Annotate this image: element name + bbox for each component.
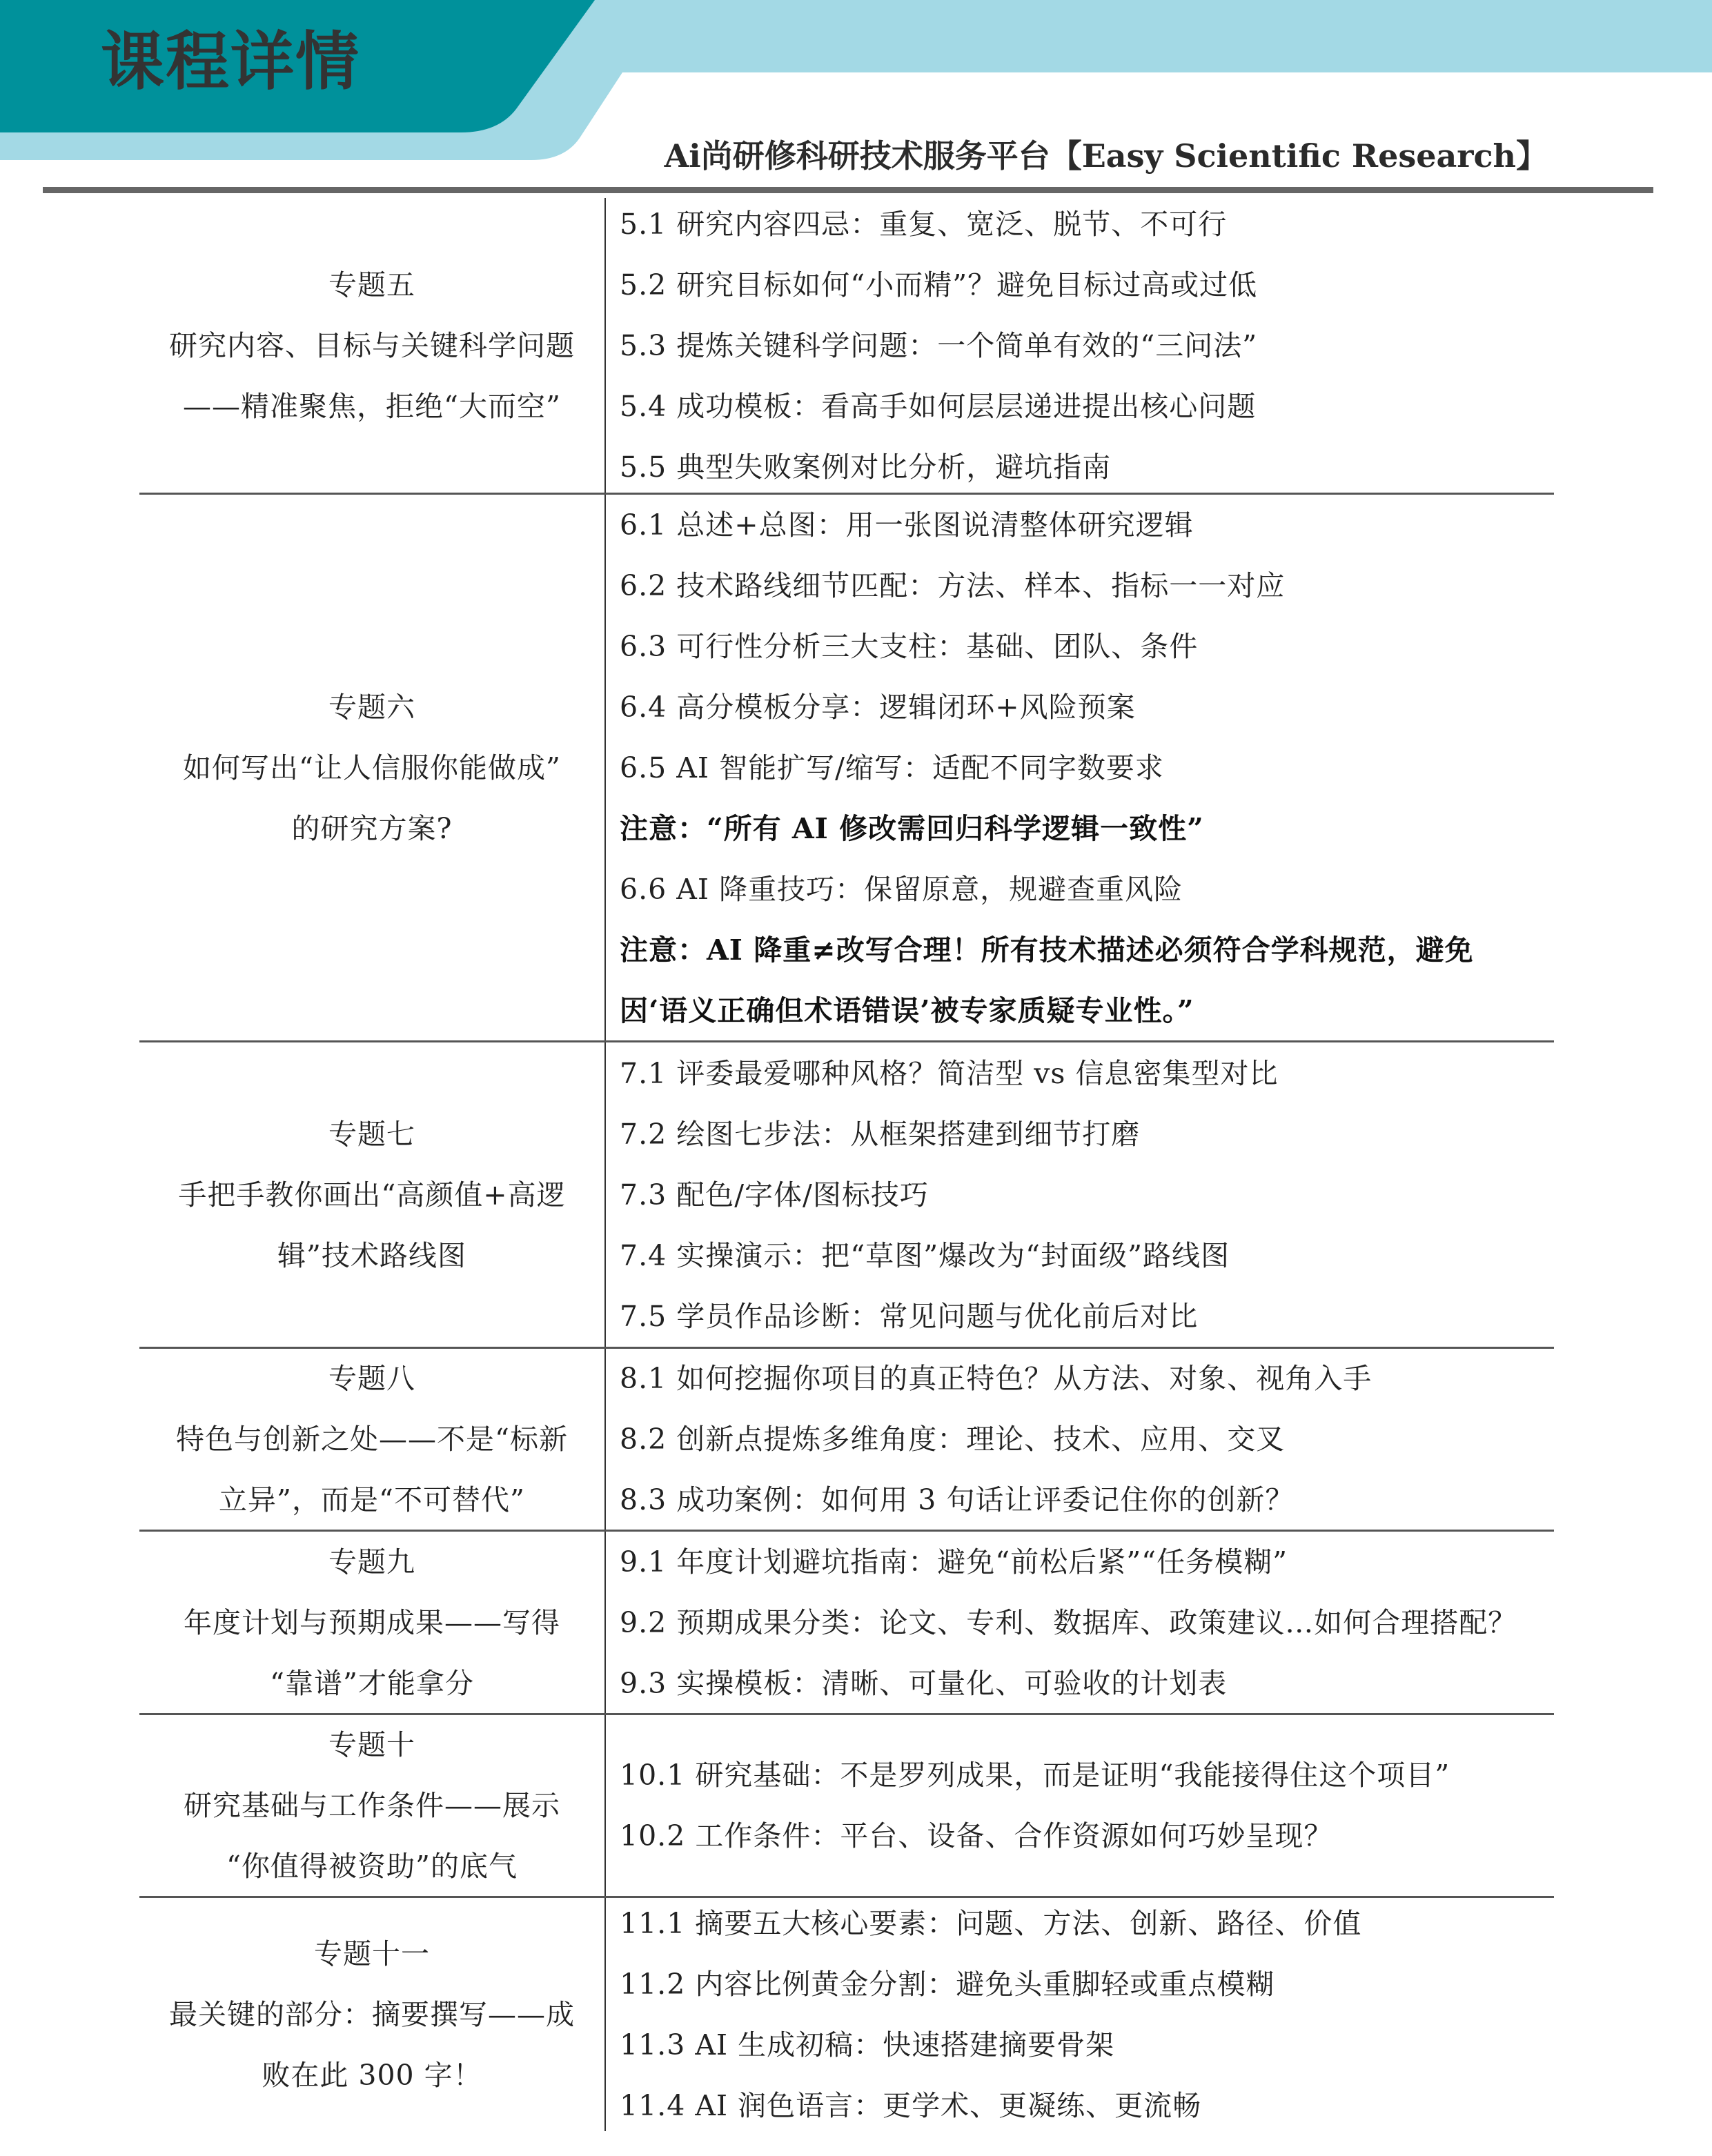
- list-item: 6.2 技术路线细节匹配：方法、样本、指标一一对应: [620, 555, 1554, 616]
- list-item: 6.5 AI 智能扩写/缩写：适配不同字数要求: [620, 738, 1554, 798]
- list-item: 5.4 成功模板：看高手如何层层递进提出核心问题: [620, 376, 1554, 437]
- topic-name: 专题五: [328, 255, 415, 315]
- list-item: 7.5 学员作品诊断：常见问题与优化前后对比: [620, 1286, 1554, 1347]
- list-item: 10.1 研究基础：不是罗列成果，而是证明“我能接得住这个项目”: [620, 1745, 1554, 1806]
- list-item: 8.2 创新点提炼多维角度：理论、技术、应用、交叉: [620, 1409, 1554, 1470]
- list-item: 5.2 研究目标如何“小而精”？避免目标过高或过低: [620, 255, 1554, 315]
- topic-row-7: 专题七 手把手教你画出“高颜值+高逻 辑”技术路线图 7.1 评委最爱哪种风格？…: [139, 1042, 1554, 1349]
- list-item: 9.1 年度计划避坑指南：避免“前松后紧”“任务模糊”: [620, 1532, 1554, 1592]
- topic-row-10: 专题十 研究基础与工作条件——展示 “你值得被资助”的底气 10.1 研究基础：…: [139, 1715, 1554, 1898]
- topic-title-cell: 专题七 手把手教你画出“高颜值+高逻 辑”技术路线图: [139, 1042, 606, 1347]
- topic-row-8: 专题八 特色与创新之处——不是“标新 立异”，而是“不可替代” 8.1 如何挖掘…: [139, 1349, 1554, 1532]
- topic-title-cell: 专题五 研究内容、目标与关键科学问题 ——精准聚焦，拒绝“大而空”: [139, 198, 606, 493]
- topic-subtitle: 年度计划与预期成果——写得: [184, 1592, 560, 1653]
- topic-items-cell: 10.1 研究基础：不是罗列成果，而是证明“我能接得住这个项目” 10.2 工作…: [606, 1715, 1554, 1896]
- topic-items-cell: 5.1 研究内容四忌：重复、宽泛、脱节、不可行 5.2 研究目标如何“小而精”？…: [606, 198, 1554, 493]
- list-item: 11.3 AI 生成初稿：快速搭建摘要骨架: [620, 2015, 1554, 2075]
- topic-row-9: 专题九 年度计划与预期成果——写得 “靠谱”才能拿分 9.1 年度计划避坑指南：…: [139, 1532, 1554, 1715]
- topic-subtitle: 的研究方案?: [292, 798, 453, 859]
- list-item: 10.2 工作条件：平台、设备、合作资源如何巧妙呈现？: [620, 1806, 1554, 1866]
- topic-row-11: 专题十一 最关键的部分：摘要撰写——成 败在此 300 字！ 11.1 摘要五大…: [139, 1898, 1554, 2131]
- topic-subtitle: 研究基础与工作条件——展示: [184, 1775, 560, 1836]
- list-item: 11.2 内容比例黄金分割：避免头重脚轻或重点模糊: [620, 1954, 1554, 2015]
- topic-subtitle: 如何写出“让人信服你能做成”: [183, 738, 561, 798]
- list-item: 6.6 AI 降重技巧：保留原意，规避查重风险: [620, 859, 1554, 920]
- list-item: 6.4 高分模板分享：逻辑闭环+风险预案: [620, 677, 1554, 738]
- list-item: 9.3 实操模板：清晰、可量化、可验收的计划表: [620, 1653, 1554, 1714]
- list-item: 11.1 摘要五大核心要素：问题、方法、创新、路径、价值: [620, 1893, 1554, 1954]
- topic-name: 专题六: [328, 677, 415, 738]
- topic-items-cell: 6.1 总述+总图：用一张图说清整体研究逻辑 6.2 技术路线细节匹配：方法、样…: [606, 495, 1554, 1040]
- topic-items-cell: 7.1 评委最爱哪种风格？简洁型 vs 信息密集型对比 7.2 绘图七步法：从框…: [606, 1042, 1554, 1347]
- topic-name: 专题八: [328, 1348, 415, 1409]
- list-item: 7.4 实操演示：把“草图”爆改为“封面级”路线图: [620, 1225, 1554, 1286]
- topic-subtitle: 最关键的部分：摘要撰写——成: [169, 1984, 575, 2045]
- list-item: 8.1 如何挖掘你项目的真正特色？从方法、对象、视角入手: [620, 1348, 1554, 1409]
- topic-subtitle: “你值得被资助”的底气: [226, 1836, 518, 1897]
- topic-row-6: 专题六 如何写出“让人信服你能做成” 的研究方案? 6.1 总述+总图：用一张图…: [139, 495, 1554, 1042]
- topic-title-cell: 专题十 研究基础与工作条件——展示 “你值得被资助”的底气: [139, 1715, 606, 1896]
- topic-subtitle: 辑”技术路线图: [277, 1225, 466, 1286]
- topic-name: 专题十一: [314, 1923, 430, 1984]
- topic-title-cell: 专题八 特色与创新之处——不是“标新 立异”，而是“不可替代”: [139, 1349, 606, 1530]
- topic-items-cell: 8.1 如何挖掘你项目的真正特色？从方法、对象、视角入手 8.2 创新点提炼多维…: [606, 1349, 1554, 1530]
- list-item: 7.2 绘图七步法：从框架搭建到细节打磨: [620, 1104, 1554, 1165]
- topic-items-cell: 11.1 摘要五大核心要素：问题、方法、创新、路径、价值 11.2 内容比例黄金…: [606, 1898, 1554, 2131]
- topic-row-5: 专题五 研究内容、目标与关键科学问题 ——精准聚焦，拒绝“大而空” 5.1 研究…: [139, 198, 1554, 495]
- page-title: 课程详情: [101, 21, 360, 103]
- note-text: 因‘语义正确但术语错误’被专家质疑专业性。”: [620, 980, 1554, 1041]
- list-item: 5.3 提炼关键科学问题：一个简单有效的“三问法”: [620, 315, 1554, 376]
- list-item: 6.1 总述+总图：用一张图说清整体研究逻辑: [620, 495, 1554, 555]
- topic-items-cell: 9.1 年度计划避坑指南：避免“前松后紧”“任务模糊” 9.2 预期成果分类：论…: [606, 1532, 1554, 1713]
- topic-subtitle: 立异”，而是“不可替代”: [219, 1470, 525, 1530]
- course-table: 专题五 研究内容、目标与关键科学问题 ——精准聚焦，拒绝“大而空” 5.1 研究…: [139, 198, 1554, 2131]
- list-item: 5.1 研究内容四忌：重复、宽泛、脱节、不可行: [620, 194, 1554, 255]
- note-text: 注意：AI 降重≠改写合理！所有技术描述必须符合学科规范，避免: [620, 920, 1554, 980]
- platform-title: Ai尚研修科研技术服务平台【Easy Scientific Research】: [665, 135, 1548, 177]
- topic-subtitle: 手把手教你画出“高颜值+高逻: [178, 1165, 565, 1225]
- list-item: 11.4 AI 润色语言：更学术、更凝练、更流畅: [620, 2075, 1554, 2136]
- topic-name: 专题九: [328, 1532, 415, 1592]
- topic-subtitle: 败在此 300 字！: [262, 2045, 482, 2106]
- topic-name: 专题十: [328, 1714, 415, 1775]
- list-item: 8.3 成功案例：如何用 3 句话让评委记住你的创新？: [620, 1470, 1554, 1530]
- note-text: 注意：“所有 AI 修改需回归科学逻辑一致性”: [620, 798, 1554, 859]
- topic-title-cell: 专题九 年度计划与预期成果——写得 “靠谱”才能拿分: [139, 1532, 606, 1713]
- topic-subtitle: ——精准聚焦，拒绝“大而空”: [183, 376, 561, 437]
- list-item: 9.2 预期成果分类：论文、专利、数据库、政策建议…如何合理搭配？: [620, 1592, 1554, 1653]
- header-divider: [43, 187, 1653, 193]
- topic-subtitle: “靠谱”才能拿分: [270, 1653, 474, 1714]
- topic-title-cell: 专题六 如何写出“让人信服你能做成” 的研究方案?: [139, 495, 606, 1040]
- list-item: 7.1 评委最爱哪种风格？简洁型 vs 信息密集型对比: [620, 1043, 1554, 1104]
- list-item: 6.3 可行性分析三大支柱：基础、团队、条件: [620, 616, 1554, 677]
- list-item: 7.3 配色/字体/图标技巧: [620, 1165, 1554, 1225]
- topic-name: 专题七: [328, 1104, 415, 1165]
- topic-subtitle: 研究内容、目标与关键科学问题: [169, 315, 575, 376]
- topic-subtitle: 特色与创新之处——不是“标新: [176, 1409, 568, 1470]
- list-item: 5.5 典型失败案例对比分析，避坑指南: [620, 437, 1554, 497]
- topic-title-cell: 专题十一 最关键的部分：摘要撰写——成 败在此 300 字！: [139, 1898, 606, 2131]
